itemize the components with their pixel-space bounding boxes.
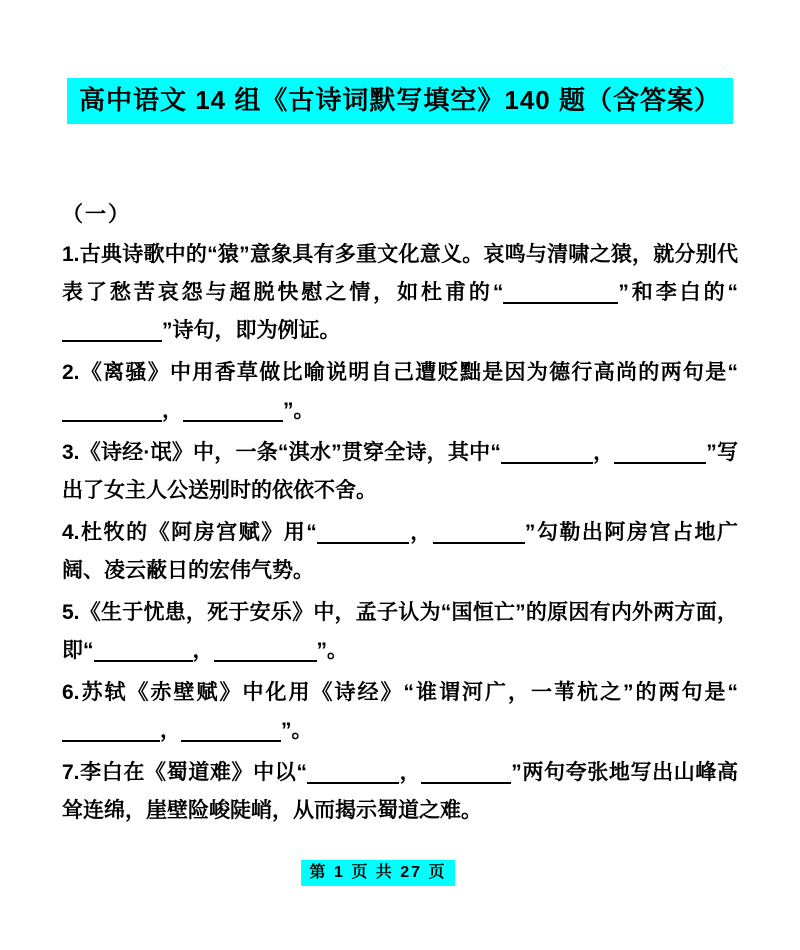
document-body: { "page": { "background_color": "#ffffff… <box>0 0 800 950</box>
question: 2.《离骚》中用香草做比喻说明自己遭贬黜是因为德行高尚的两句是“，”。 <box>62 354 738 430</box>
section-label: （一） <box>62 196 738 234</box>
blank-line <box>62 339 162 342</box>
question: 4.杜牧的《阿房宫赋》用“，”勾勒出阿房宫占地广阔、凌云蔽日的宏伟气势。 <box>62 514 738 590</box>
page-number: 第 1 页 共 27 页 <box>301 860 456 886</box>
question-text: ， <box>193 639 214 662</box>
blank-line <box>317 541 409 544</box>
question-text: ”。 <box>283 399 315 422</box>
question-text: ”和李白的“ <box>618 281 738 304</box>
question: 1.古典诗歌中的“猿”意象具有多重文化意义。哀鸣与清啸之猿，就分别代表了愁苦哀怨… <box>62 236 738 350</box>
question-text: 4.杜牧的《阿房宫赋》用“ <box>62 521 317 544</box>
question-text: 3.《诗经·氓》中，一条“淇水”贯穿全诗，其中“ <box>62 441 501 464</box>
question-text: 5.《生于忧患，死于安乐》中，孟子认为“国恒亡”的原因有内外两方面，即“ <box>62 601 738 662</box>
question-text: 7.李白在《蜀道难》中以“ <box>62 761 307 784</box>
blank-line <box>614 461 706 464</box>
title-bar: 高中语文 14 组《古诗词默写填空》140 题（含答案） <box>62 78 738 124</box>
question: 3.《诗经·氓》中，一条“淇水”贯穿全诗，其中“，”写出了女主人公送别时的依依不… <box>62 434 738 510</box>
blank-line <box>433 541 525 544</box>
question: 6.苏轼《赤壁赋》中化用《诗经》“谁谓河广，一苇杭之”的两句是“，”。 <box>62 674 738 750</box>
blank-line <box>62 739 160 742</box>
question-text: 6.苏轼《赤壁赋》中化用《诗经》“谁谓河广，一苇杭之”的两句是“ <box>62 681 738 704</box>
blank-line <box>214 659 317 662</box>
question: 5.《生于忧患，死于安乐》中，孟子认为“国恒亡”的原因有内外两方面，即“，”。 <box>62 594 738 670</box>
blank-line <box>503 301 618 304</box>
question-text: ”。 <box>281 719 313 742</box>
blank-line <box>183 419 283 422</box>
question-list: 1.古典诗歌中的“猿”意象具有多重文化意义。哀鸣与清啸之猿，就分别代表了愁苦哀怨… <box>62 236 738 830</box>
question-text: ”。 <box>317 639 349 662</box>
question-text: ， <box>409 521 433 544</box>
blank-line <box>62 419 162 422</box>
question-text: 2.《离骚》中用香草做比喻说明自己遭贬黜是因为德行高尚的两句是“ <box>62 361 738 384</box>
blank-line <box>421 781 511 784</box>
question-text: ， <box>162 399 183 422</box>
question-text: ， <box>593 441 614 464</box>
worksheet-page: 高中语文 14 组《古诗词默写填空》140 题（含答案） （一） 1.古典诗歌中… <box>0 0 800 950</box>
question-text: ， <box>399 761 421 784</box>
blank-line <box>307 781 399 784</box>
question-text: ”诗句，即为例证。 <box>162 319 341 342</box>
blank-line <box>181 739 281 742</box>
blank-line <box>94 659 193 662</box>
document-title: 高中语文 14 组《古诗词默写填空》140 题（含答案） <box>67 78 733 124</box>
footer: 第 1 页 共 27 页 <box>62 860 738 886</box>
blank-line <box>501 461 593 464</box>
question: 7.李白在《蜀道难》中以“，”两句夸张地写出山峰高耸连绵，崖壁险峻陡峭，从而揭示… <box>62 754 738 830</box>
question-text: ， <box>160 719 181 742</box>
